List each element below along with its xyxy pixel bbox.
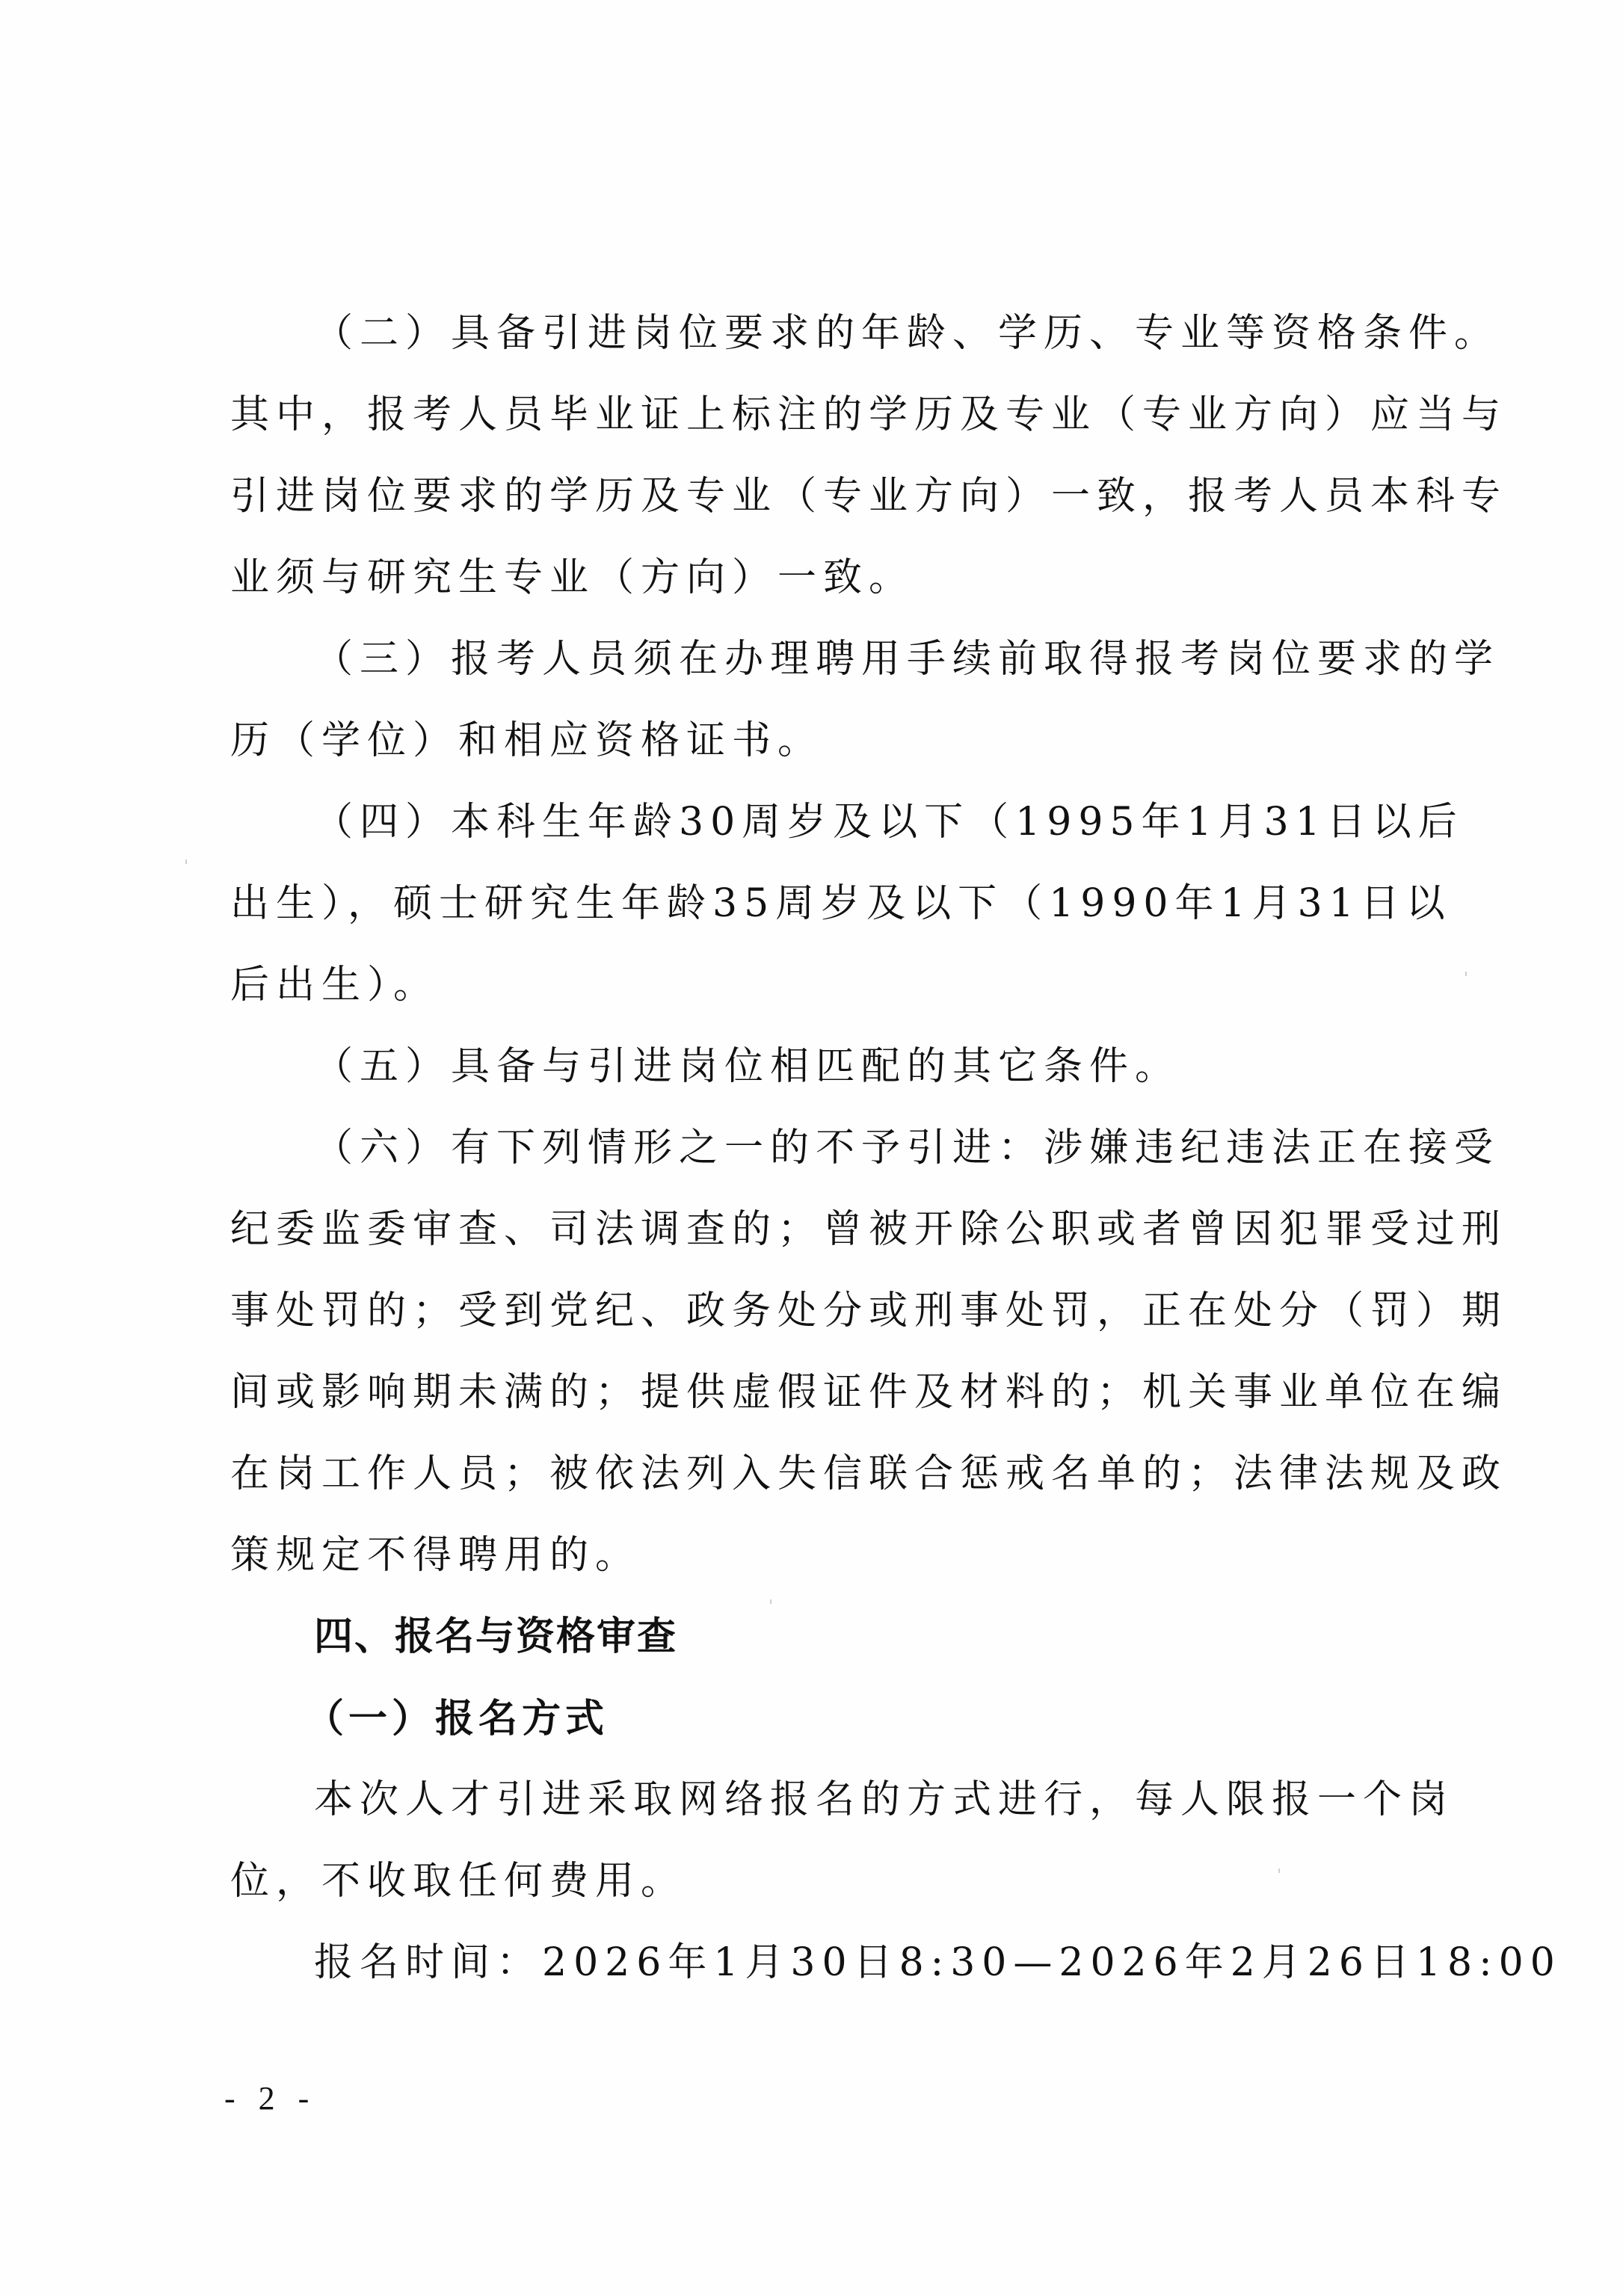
subsection-heading: （一）报名方式 [230,1678,1419,1759]
paragraph-item-4-line-1: （四）本科生年龄30周岁及以下（1995年1月31日以后 [230,782,1419,863]
paragraph-item-5-line-1: （五）具备与引进岗位相匹配的其它条件。 [230,1026,1419,1108]
page-number: - 2 - [224,2079,316,2117]
paragraph-item-6-line-3: 事处罚的；受到党纪、政务处分或刑事处罚，正在处分（罚）期 [230,1271,1419,1352]
scan-speck [770,1599,772,1604]
scan-speck [1465,972,1467,976]
scan-speck [1278,1868,1280,1873]
registration-line-2: 位，不收取任何费用。 [230,1841,1419,1922]
document-page: （二）具备引进岗位要求的年龄、学历、专业等资格条件。 其中，报考人员毕业证上标注… [0,0,1623,2296]
paragraph-item-4-line-3: 后出生）。 [230,945,1419,1026]
scan-speck [185,860,187,864]
paragraph-item-6-line-6: 策规定不得聘用的。 [230,1515,1419,1596]
registration-time: 报名时间：2026年1月30日8:30—2026年2月26日18:00 [230,1922,1419,2004]
paragraph-item-2-line-3: 引进岗位要求的学历及专业（专业方向）一致，报考人员本科专 [230,456,1419,537]
paragraph-item-2-line-2: 其中，报考人员毕业证上标注的学历及专业（专业方向）应当与 [230,374,1419,456]
paragraph-item-6-line-1: （六）有下列情形之一的不予引进：涉嫌违纪违法正在接受 [230,1108,1419,1189]
paragraph-item-2-line-4: 业须与研究生专业（方向）一致。 [230,537,1419,619]
paragraph-item-3-line-1: （三）报考人员须在办理聘用手续前取得报考岗位要求的学 [230,619,1419,700]
registration-line-1: 本次人才引进采取网络报名的方式进行，每人限报一个岗 [230,1759,1419,1841]
paragraph-item-6-line-4: 间或影响期未满的；提供虚假证件及材料的；机关事业单位在编 [230,1352,1419,1434]
paragraph-item-6-line-5: 在岗工作人员；被依法列入失信联合惩戒名单的；法律法规及政 [230,1434,1419,1515]
paragraph-item-6-line-2: 纪委监委审查、司法调查的；曾被开除公职或者曾因犯罪受过刑 [230,1189,1419,1271]
paragraph-item-2-line-1: （二）具备引进岗位要求的年龄、学历、专业等资格条件。 [230,293,1419,374]
document-body: （二）具备引进岗位要求的年龄、学历、专业等资格条件。 其中，报考人员毕业证上标注… [230,293,1419,2004]
paragraph-item-3-line-2: 历（学位）和相应资格证书。 [230,700,1419,782]
paragraph-item-4-line-2: 出生），硕士研究生年龄35周岁及以下（1990年1月31日以 [230,863,1419,945]
section-heading: 四、报名与资格审查 [230,1596,1419,1678]
